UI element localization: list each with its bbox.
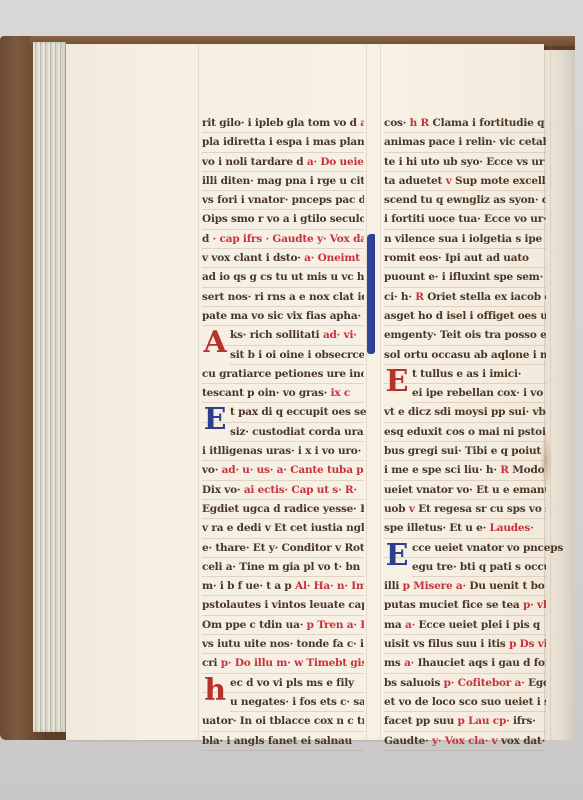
ruling-line — [380, 44, 381, 740]
script-text: u negates· i fos ets c· sal — [230, 696, 364, 708]
manuscript-book: rit gilo· i ipleb gla tom vo d a· Ert pl… — [0, 36, 575, 740]
script-text: facet pp suu — [384, 715, 457, 727]
manuscript-line: e· thare· Et y· Conditor v Rote — [202, 539, 364, 558]
script-text: uator· In oi tblacce cox n c tri — [202, 715, 364, 727]
script-text: Om ppe c tdin ua· — [202, 619, 307, 631]
script-text: Gaudte· — [384, 735, 432, 747]
manuscript-line: u negates· i fos ets c· sal — [230, 693, 364, 712]
script-text: Egdiet ugca d radice yesse· Et flos — [202, 503, 364, 515]
script-text: ks· rich sollitati — [230, 329, 323, 341]
script-text: Ihauciet aqs i gau d fon — [418, 657, 546, 669]
manuscript-line: vs iutu uite nos· tonde fa c· i salu — [202, 635, 364, 654]
rubric-text: v — [409, 503, 418, 515]
decorated-initial: E — [384, 365, 410, 399]
rubric-text: ad· u· us· a· Cante tuba ps· — [222, 464, 364, 476]
manuscript-line: Oips smo r vo a i gtilo seculo uemt — [202, 210, 364, 229]
rubric-text: v — [446, 175, 455, 187]
script-text: Clama i fortitudie q — [433, 117, 545, 129]
script-text: t tullus e as i imici· — [412, 368, 521, 380]
script-text: cu gratiarce petiones ure ino — [202, 368, 364, 380]
decorated-initial: A — [202, 326, 228, 360]
script-text: Ecce ueiet plei i pis q — [419, 619, 541, 631]
manuscript-line: celi a· Tine m gia pl vo t· bn mi — [202, 558, 364, 577]
script-text: uob — [384, 503, 409, 515]
manuscript-line: hec d vo vi pls ms e fily — [202, 674, 364, 693]
decorated-initial: h — [202, 674, 228, 708]
script-text: Et regesa sr cu sps vo sps — [418, 503, 546, 515]
manuscript-line: Et pax di q eccupit oes se — [202, 403, 364, 422]
manuscript-line: bus gregi sui· Tibi e q poiut — [384, 442, 546, 461]
manuscript-line: puount e· i ifluxint spe sem· — [384, 268, 546, 287]
script-text: vo· — [202, 464, 222, 476]
script-text: pstolautes i vintos leuate capita ur· — [202, 599, 364, 611]
rubric-text: a· Ert — [360, 117, 364, 129]
script-text: vo i noli tardare d — [202, 156, 307, 168]
rubric-text: p Lau cp· — [457, 715, 513, 727]
manuscript-line: scend tu q ewngliz as syon· cetra — [384, 191, 546, 210]
script-text: v ra e dedi v Et cet iustia ngli lu — [202, 522, 364, 534]
script-text: sert nos· ri rns a e nox clat idsto — [202, 291, 364, 303]
offset-stain — [540, 431, 552, 491]
rubric-text: ad· vi· — [323, 329, 357, 341]
rubric-text: y· Vox cla· v — [432, 735, 501, 747]
script-text: romit eos· Ipi aut ad uato — [384, 252, 529, 264]
manuscript-line: ma a· Ecce ueiet plei i pis q — [384, 616, 546, 635]
rubric-text: ix c — [331, 387, 351, 399]
manuscript-line: illi p Misere a· Du uenit t bo — [384, 577, 546, 596]
manuscript-line: uisit vs filus suu i itis p Ds vi — [384, 635, 546, 654]
rubric-text: ai ectis· Cap ut s· R· — [244, 484, 357, 496]
script-text: ifrs· — [513, 715, 536, 727]
script-text: d — [202, 233, 213, 245]
script-text: esq eduxit cos o mai ni pstoi — [384, 426, 546, 438]
manuscript-line: tescant p oin· vo gras· ix c — [202, 384, 364, 403]
script-text: cri — [202, 657, 221, 669]
manuscript-line: emgenty· Teit ois tra posso e v A — [384, 326, 546, 345]
manuscript-line: Aks· rich sollitati ad· vi· — [202, 326, 364, 345]
script-text: Dix vo· — [202, 484, 244, 496]
script-text: i fortiti uoce tua· Ecce vo ur· — [384, 213, 546, 225]
script-text: et vo de loco sco suo ueiet i salui — [384, 696, 546, 708]
script-text: rit gilo· i ipleb gla tom vo d — [202, 117, 360, 129]
manuscript-line: v vox clant i dsto· a· Oneimt phi — [202, 249, 364, 268]
vellum-leaf: rit gilo· i ipleb gla tom vo d a· Ert pl… — [66, 44, 544, 740]
rubric-text: Laudes· — [490, 522, 534, 534]
manuscript-line: i me e spe sci liu· h· R Modo — [384, 461, 546, 480]
manuscript-line: cri p· Do illu m· w Timebt gis — [202, 654, 364, 673]
manuscript-line: sit b i oi oine i obsecrce — [230, 346, 364, 365]
script-text: egu tre· bti q pati s occurre — [412, 561, 546, 573]
script-text: celi a· Tine m gia pl vo t· bn mi — [202, 561, 364, 573]
manuscript-line: et vo de loco sco suo ueiet i salui — [384, 693, 546, 712]
manuscript-line: i itlligenas uras· i x i vo uro· — [202, 442, 364, 461]
script-text: asget ho d isel i offiget oes uuces di — [384, 310, 546, 322]
manuscript-line: ta aduetet v Sup mote excellus — [384, 172, 546, 191]
script-text: tescant p oin· vo gras· — [202, 387, 331, 399]
script-text: m· i b f ue· t a p — [202, 580, 295, 592]
rubric-text: p· Cofitebor a· — [444, 677, 529, 689]
script-text: e· thare· Et y· Conditor v Rote — [202, 542, 364, 554]
script-text: bs saluois — [384, 677, 444, 689]
manuscript-line: ms a· Ihauciet aqs i gau d fon — [384, 654, 546, 673]
ruling-line — [550, 44, 551, 740]
manuscript-line: ei ipe rebellan cox· i vo — [412, 384, 546, 403]
manuscript-line: te i hi uto ub syo· Ecce vs ur q exp — [384, 153, 546, 172]
rubric-text: · cap ifrs · Gaudte y· Vox da· — [213, 233, 364, 245]
rubric-text: p Tren a· Dne — [307, 619, 364, 631]
rubric-text: R — [415, 291, 427, 303]
manuscript-line: vo i noli tardare d a· Do ueiet omn — [202, 153, 364, 172]
manuscript-line: bla· i angls fanet ei salnau — [202, 732, 364, 751]
rubric-text: Al· Ha· n· Imn — [295, 580, 364, 592]
manuscript-line: d · cap ifrs · Gaudte y· Vox da· — [202, 230, 364, 249]
script-text: ueiet vnator vo· Et u e emanuel — [384, 484, 546, 496]
ruling-line — [366, 44, 367, 740]
script-text: v vox clant i dsto· — [202, 252, 304, 264]
text-column-right: cos· h R Clama i fortitudie qanimas pace… — [384, 114, 546, 751]
rubric-text: R — [500, 464, 512, 476]
script-text: spe illetus· Et u e· — [384, 522, 490, 534]
manuscript-line: Om ppe c tdin ua· p Tren a· Dne — [202, 616, 364, 635]
script-text: animas pace i relin· vic cetab iu — [384, 136, 546, 148]
rubric-text: a· — [405, 619, 419, 631]
manuscript-line: spe illetus· Et u e· Laudes· — [384, 519, 546, 538]
manuscript-line: vt e dicz sdi moysi pp sui· vbi — [384, 403, 546, 422]
manuscript-line: animas pace i relin· vic cetab iu — [384, 133, 546, 152]
blue-initial-I — [367, 234, 375, 354]
decorated-initial: E — [202, 403, 228, 437]
ruling-line — [198, 44, 199, 740]
manuscript-line: i fortiti uoce tua· Ecce vo ur· Ley· — [384, 210, 546, 229]
script-text: i itlligenas uras· i x i vo uro· — [202, 445, 361, 457]
script-text: illi diten· mag pna i rge u cit finis — [202, 175, 364, 187]
manuscript-line: ueiet vnator vo· Et u e emanuel — [384, 481, 546, 500]
manuscript-line: Dix vo· ai ectis· Cap ut s· R· — [202, 481, 364, 500]
script-text: puount e· i ifluxint spe sem· — [384, 271, 543, 283]
script-text: ms — [384, 657, 404, 669]
script-text: siz· custodiat corda ura — [230, 426, 364, 438]
script-text: bus gregi sui· Tibi e q poiut — [384, 445, 541, 457]
manuscript-line: bs saluois p· Cofitebor a· Egdi — [384, 674, 546, 693]
script-text: illi — [384, 580, 403, 592]
manuscript-line: uator· In oi tblacce cox n c tri — [202, 712, 364, 731]
manuscript-line: Gaudte· y· Vox cla· v vox dat· — [384, 732, 546, 751]
manuscript-line: vs fori i vnator· pnceps pac d a· an· — [202, 191, 364, 210]
script-text: n vilence sua i iolgetia s ipe — [384, 233, 542, 245]
manuscript-line: asget ho d isel i offiget oes uuces di — [384, 307, 546, 326]
script-text: ec d vo vi pls ms e fily — [230, 677, 354, 689]
manuscript-line: v ra e dedi v Et cet iustia ngli lu — [202, 519, 364, 538]
script-text: ma — [384, 619, 405, 631]
manuscript-line: uob v Et regesa sr cu sps vo sps — [384, 500, 546, 519]
manuscript-line: Et tullus e as i imici· — [384, 365, 546, 384]
script-text: vox dat· — [501, 735, 545, 747]
rubric-text: p· vba — [523, 599, 546, 611]
manuscript-line: putas muciet fice se tea p· vba — [384, 596, 546, 615]
script-text: putas muciet fice se tea — [384, 599, 523, 611]
rubric-text: h R — [410, 117, 433, 129]
script-text: Egdi — [528, 677, 546, 689]
script-text: i me e spe sci liu· h· — [384, 464, 500, 476]
script-text: cos· — [384, 117, 410, 129]
script-text: bla· i angls fanet ei salnau — [202, 735, 352, 747]
manuscript-line: siz· custodiat corda ura — [230, 423, 364, 442]
script-text: ta aduetet — [384, 175, 446, 187]
manuscript-line: cos· h R Clama i fortitudie q — [384, 114, 546, 133]
manuscript-line: sol ortu occasu ab aqlone i mai· E — [384, 346, 546, 365]
manuscript-line: ci· h· R Oriet stella ex iacob et — [384, 288, 546, 307]
facing-leaf-edge — [544, 50, 575, 740]
script-text: ad io qs g cs tu ut mis u vc hys q mi — [202, 271, 364, 283]
manuscript-line: m· i b f ue· t a p Al· Ha· n· Imn — [202, 577, 364, 596]
rubric-text: a· — [404, 657, 418, 669]
script-text: Oips smo r vo a i gtilo seculo uemt — [202, 213, 364, 225]
script-text: emgenty· Teit ois tra posso e — [384, 329, 546, 341]
manuscript-line: romit eos· Ipi aut ad uato — [384, 249, 546, 268]
rubric-text: a· Do ueiet omn — [307, 156, 364, 168]
manuscript-line: rit gilo· i ipleb gla tom vo d a· Ert — [202, 114, 364, 133]
decorated-initial: E — [384, 539, 410, 573]
manuscript-line: Ecce ueiet vnator vo pnceps — [384, 539, 546, 558]
manuscript-line: ad io qs g cs tu ut mis u vc hys q mi — [202, 268, 364, 287]
manuscript-line: vo· ad· u· us· a· Cante tuba ps· — [202, 461, 364, 480]
manuscript-line: pate ma vo sic vix fias apha· p b· — [202, 307, 364, 326]
manuscript-line: pstolautes i vintos leuate capita ur· — [202, 596, 364, 615]
script-text: vt e dicz sdi moysi pp sui· vbi — [384, 406, 546, 418]
manuscript-line: esq eduxit cos o mai ni pstoi — [384, 423, 546, 442]
rubric-text: p Misere a· — [403, 580, 470, 592]
script-text: cce ueiet vnator vo pnceps — [412, 542, 563, 554]
manuscript-line: n vilence sua i iolgetia s ipe — [384, 230, 546, 249]
page-edges-stack — [33, 42, 66, 732]
script-text: vs fori i vnator· pnceps pac d — [202, 194, 364, 206]
rubric-text: p· Do illu m· w Timebt gis — [221, 657, 364, 669]
script-text: uisit vs filus suu i itis — [384, 638, 509, 650]
manuscript-line: illi diten· mag pna i rge u cit finis — [202, 172, 364, 191]
rubric-text: a· Oneimt phi — [304, 252, 364, 264]
manuscript-line: facet pp suu p Lau cp· ifrs· — [384, 712, 546, 731]
manuscript-line: egu tre· bti q pati s occurre — [412, 558, 546, 577]
manuscript-line: pla idiretta i espa i mas planas· uci — [202, 133, 364, 152]
script-text: Oriet stella ex iacob et — [427, 291, 546, 303]
manuscript-line: cu gratiarce petiones ure ino — [202, 365, 364, 384]
script-text: pate ma vo sic vix fias apha· — [202, 310, 364, 322]
script-text: pla idiretta i espa i mas planas· uci — [202, 136, 364, 148]
script-text: ci· h· — [384, 291, 415, 303]
rubric-text: p Ds vi — [509, 638, 546, 650]
script-text: te i hi uto ub syo· Ecce vs ur q exp — [384, 156, 546, 168]
script-text: t pax di q eccupit oes se — [230, 406, 366, 418]
script-text: sol ortu occasu ab aqlone i mai· E — [384, 349, 546, 361]
script-text: ei ipe rebellan cox· i vo — [412, 387, 543, 399]
script-text: vs iutu uite nos· tonde fa c· i salu — [202, 638, 364, 650]
script-text: sit b i oi oine i obsecrce — [230, 349, 364, 361]
script-text: scend tu q ewngliz as syon· cetra — [384, 194, 546, 206]
script-text: Du uenit t bo — [469, 580, 544, 592]
script-text: Sup mote excellus — [455, 175, 546, 187]
manuscript-line: Egdiet ugca d radice yesse· Et flos — [202, 500, 364, 519]
text-column-left: rit gilo· i ipleb gla tom vo d a· Ert pl… — [202, 114, 364, 751]
manuscript-line: sert nos· ri rns a e nox clat idsto — [202, 288, 364, 307]
